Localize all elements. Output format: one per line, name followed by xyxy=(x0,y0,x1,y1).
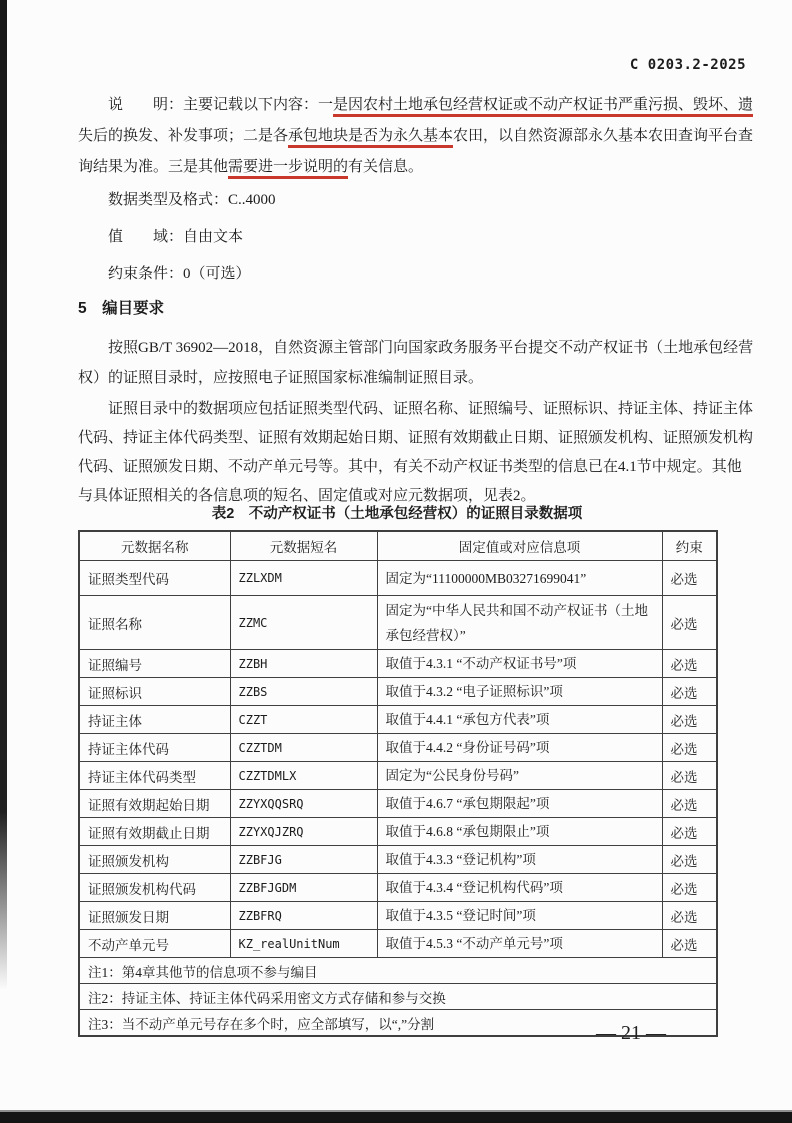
scan-edge-left xyxy=(0,0,7,990)
note-row: 注2：持证主体、持证主体代码采用密文方式存储和参与交换 xyxy=(79,984,717,1010)
table-body: 证照类型代码ZZLXDM固定为“11100000MB03271699041”必选… xyxy=(79,561,717,958)
paragraph-line: 证照目录中的数据项应包括证照类型代码、证照名称、证照编号、证照标识、持证主体、持… xyxy=(78,395,738,424)
catalog-data-table: 元数据名称 元数据短名 固定值或对应信息项 约束 证照类型代码ZZLXDM固定为… xyxy=(78,530,718,1037)
table-row: 持证主体CZZT取值于4.4.1 “承包方代表”项必选 xyxy=(79,706,717,734)
table-cell-value: 取值于4.6.7 “承包期限起”项 xyxy=(377,790,662,818)
red-underlined-text: 需要进一步说明的 xyxy=(228,159,348,179)
scan-edge-bottom xyxy=(0,1110,792,1123)
table-cell-name: 持证主体 xyxy=(79,706,230,734)
annotation-text: 说 明：主要记载以下内容：一 xyxy=(108,97,333,113)
table-row: 证照标识ZZBS取值于4.3.2 “电子证照标识”项必选 xyxy=(79,678,717,706)
table-cell-constraint: 必选 xyxy=(662,818,717,846)
table-cell-value: 取值于4.5.3 “不动产单元号”项 xyxy=(377,930,662,958)
field-data-type: 数据类型及格式：C..4000 xyxy=(108,188,276,209)
table-row: 证照类型代码ZZLXDM固定为“11100000MB03271699041”必选 xyxy=(79,561,717,596)
table-cell-name: 证照颁发机构 xyxy=(79,846,230,874)
annotation-text: 询结果为准。三是其他 xyxy=(78,159,228,175)
note-row: 注1：第4章其他节的信息项不参与编目 xyxy=(79,958,717,984)
field-constraint: 约束条件：0（可选） xyxy=(108,262,251,283)
table-cell-value: 取值于4.3.4 “登记机构代码”项 xyxy=(377,874,662,902)
table-cell-name: 证照编号 xyxy=(79,650,230,678)
table-cell-name: 证照有效期起始日期 xyxy=(79,790,230,818)
table-cell-value: 固定为“中华人民共和国不动产权证书（土地承包经营权）” xyxy=(377,596,662,650)
table-title: 表2 不动产权证书（土地承包经营权）的证照目录数据项 xyxy=(78,502,716,523)
table-cell-short: CZZT xyxy=(230,706,377,734)
table-cell-constraint: 必选 xyxy=(662,902,717,930)
header-metadata-short-name: 元数据短名 xyxy=(230,531,377,561)
table-row: 证照名称ZZMC固定为“中华人民共和国不动产权证书（土地承包经营权）”必选 xyxy=(79,596,717,650)
table-cell-constraint: 必选 xyxy=(662,874,717,902)
header-metadata-name: 元数据名称 xyxy=(79,531,230,561)
table-cell-constraint: 必选 xyxy=(662,706,717,734)
annotation-line: 失后的换发、补发事项；二是各承包地块是否为永久基本农田，以自然资源部永久基本农田… xyxy=(78,121,738,152)
red-underlined-text: 是因农村土地承包经营权证或不动产权证书严重污损、毁坏、遗 xyxy=(333,97,753,117)
table-cell-constraint: 必选 xyxy=(662,790,717,818)
table-cell-value: 取值于4.3.3 “登记机构”项 xyxy=(377,846,662,874)
header-constraint: 约束 xyxy=(662,531,717,561)
table-row: 持证主体代码类型CZZTDMLX固定为“公民身份号码”必选 xyxy=(79,762,717,790)
table-cell-short: ZZBFJGDM xyxy=(230,874,377,902)
page-number: — 21 — xyxy=(596,1022,666,1045)
table-cell-short: ZZBH xyxy=(230,650,377,678)
annotation-line: 询结果为准。三是其他需要进一步说明的有关信息。 xyxy=(78,152,738,183)
table-cell-name: 证照名称 xyxy=(79,596,230,650)
section-heading: 5 编目要求 xyxy=(78,296,164,318)
table-header: 元数据名称 元数据短名 固定值或对应信息项 约束 xyxy=(79,531,717,561)
note-1: 注1：第4章其他节的信息项不参与编目 xyxy=(79,958,717,984)
paragraph-line: 权）的证照目录时，应按照电子证照国家标准编制证照目录。 xyxy=(78,363,738,393)
paragraph-line: 按照GB/T 36902—2018，自然资源主管部门向国家政务服务平台提交不动产… xyxy=(78,333,738,363)
table-cell-name: 持证主体代码类型 xyxy=(79,762,230,790)
header-fixed-value: 固定值或对应信息项 xyxy=(377,531,662,561)
table-cell-short: ZZYXQQSRQ xyxy=(230,790,377,818)
table-cell-short: ZZBS xyxy=(230,678,377,706)
table-cell-constraint: 必选 xyxy=(662,762,717,790)
table-cell-constraint: 必选 xyxy=(662,734,717,762)
table-cell-constraint: 必选 xyxy=(662,846,717,874)
table-row: 证照颁发日期ZZBFRQ取值于4.3.5 “登记时间”项必选 xyxy=(79,902,717,930)
table-cell-constraint: 必选 xyxy=(662,561,717,596)
table-cell-value: 取值于4.3.1 “不动产权证书号”项 xyxy=(377,650,662,678)
paragraph-line: 代码、持证主体代码类型、证照有效期起始日期、证照有效期截止日期、证照颁发机构、证… xyxy=(78,424,738,453)
table-cell-constraint: 必选 xyxy=(662,650,717,678)
table-row: 不动产单元号KZ_realUnitNum取值于4.5.3 “不动产单元号”项必选 xyxy=(79,930,717,958)
annotation-text: 有关信息。 xyxy=(348,159,423,175)
annotation-text: 农田，以自然资源部永久基本农田查询平台查 xyxy=(453,128,753,144)
red-underlined-text: 承包地块是否为永久基本 xyxy=(288,128,453,148)
paragraph-line: 代码、证照颁发日期、不动产单元号等。其中，有关不动产权证书类型的信息已在4.1节… xyxy=(78,453,738,482)
paragraph-catalog-items: 证照目录中的数据项应包括证照类型代码、证照名称、证照编号、证照标识、持证主体、持… xyxy=(78,395,738,511)
doc-number: C 0203.2-2025 xyxy=(630,57,746,73)
table-cell-value: 取值于4.3.2 “电子证照标识”项 xyxy=(377,678,662,706)
table-cell-short: ZZLXDM xyxy=(230,561,377,596)
table-cell-short: ZZBFRQ xyxy=(230,902,377,930)
table-cell-short: ZZMC xyxy=(230,596,377,650)
table-cell-short: ZZBFJG xyxy=(230,846,377,874)
table-cell-value: 取值于4.4.2 “身份证号码”项 xyxy=(377,734,662,762)
table-row: 证照颁发机构ZZBFJG取值于4.3.3 “登记机构”项必选 xyxy=(79,846,717,874)
table-cell-short: CZZTDM xyxy=(230,734,377,762)
table-row: 证照有效期截止日期ZZYXQJZRQ取值于4.6.8 “承包期限止”项必选 xyxy=(79,818,717,846)
table-cell-name: 证照颁发机构代码 xyxy=(79,874,230,902)
annotation-paragraph: 说 明：主要记载以下内容：一是因农村土地承包经营权证或不动产权证书严重污损、毁坏… xyxy=(78,90,738,183)
table-cell-name: 证照类型代码 xyxy=(79,561,230,596)
table-cell-name: 不动产单元号 xyxy=(79,930,230,958)
table-cell-short: ZZYXQJZRQ xyxy=(230,818,377,846)
table-row: 证照编号ZZBH取值于4.3.1 “不动产权证书号”项必选 xyxy=(79,650,717,678)
table-cell-constraint: 必选 xyxy=(662,930,717,958)
annotation-text: 失后的换发、补发事项；二是各 xyxy=(78,128,288,144)
note-2: 注2：持证主体、持证主体代码采用密文方式存储和参与交换 xyxy=(79,984,717,1010)
paragraph-catalog-basis: 按照GB/T 36902—2018，自然资源主管部门向国家政务服务平台提交不动产… xyxy=(78,333,738,393)
table-cell-name: 证照有效期截止日期 xyxy=(79,818,230,846)
table-cell-short: KZ_realUnitNum xyxy=(230,930,377,958)
table-cell-value: 固定为“11100000MB03271699041” xyxy=(377,561,662,596)
table-row: 证照颁发机构代码ZZBFJGDM取值于4.3.4 “登记机构代码”项必选 xyxy=(79,874,717,902)
table-row: 证照有效期起始日期ZZYXQQSRQ取值于4.6.7 “承包期限起”项必选 xyxy=(79,790,717,818)
table-cell-value: 取值于4.6.8 “承包期限止”项 xyxy=(377,818,662,846)
field-value-domain: 值 域：自由文本 xyxy=(108,225,243,246)
table-cell-constraint: 必选 xyxy=(662,678,717,706)
table-cell-name: 持证主体代码 xyxy=(79,734,230,762)
table-row: 持证主体代码CZZTDM取值于4.4.2 “身份证号码”项必选 xyxy=(79,734,717,762)
table-cell-name: 证照标识 xyxy=(79,678,230,706)
annotation-line: 说 明：主要记载以下内容：一是因农村土地承包经营权证或不动产权证书严重污损、毁坏… xyxy=(78,90,738,121)
table-cell-constraint: 必选 xyxy=(662,596,717,650)
table-cell-value: 取值于4.3.5 “登记时间”项 xyxy=(377,902,662,930)
table-cell-value: 固定为“公民身份号码” xyxy=(377,762,662,790)
table-cell-value: 取值于4.4.1 “承包方代表”项 xyxy=(377,706,662,734)
table-header-row: 元数据名称 元数据短名 固定值或对应信息项 约束 xyxy=(79,531,717,561)
table-cell-name: 证照颁发日期 xyxy=(79,902,230,930)
table-cell-short: CZZTDMLX xyxy=(230,762,377,790)
